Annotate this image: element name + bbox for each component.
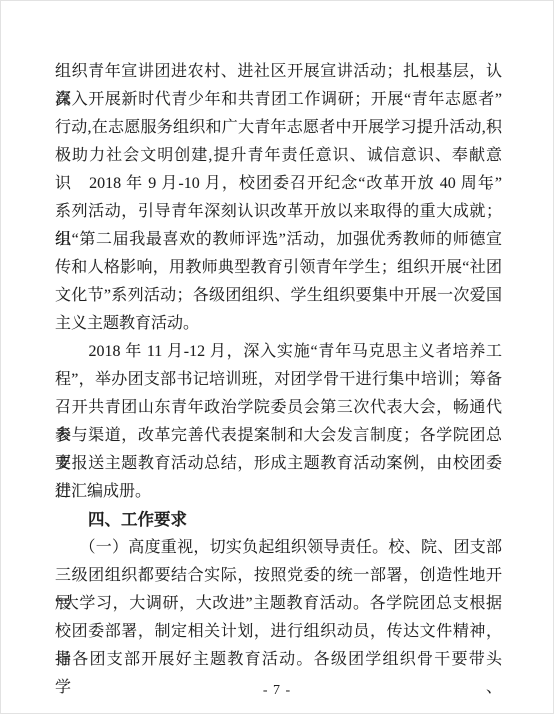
document-body: 组织青年宣讲团进农村、进社区开展宣讲活动；扎根基层，认真深入开展新时代青少年和共…	[55, 58, 502, 674]
text-line: 要报送主题教育活动总结，形成主题教育活动案例，由校团委进	[55, 450, 502, 478]
text-line: 组织青年宣讲团进农村、进社区开展宣讲活动；扎根基层，认真	[55, 58, 502, 86]
document-page: 组织青年宣讲团进农村、进社区开展宣讲活动；扎根基层，认真深入开展新时代青少年和共…	[0, 0, 554, 714]
text-line: 行动,在志愿服务组织和广大青年志愿者中开展学习提升活动,积	[55, 114, 502, 142]
text-line: 2018 年 11 月-12 月，深入实施“青年马克思主义者培养工	[55, 338, 502, 366]
text-line: 召开共青团山东青年政治学院委员会第三次代表大会，畅通代表	[55, 394, 502, 422]
text-line: 三级团组织都要结合实际，按照党委的统一部署，创造性地开展	[55, 562, 502, 590]
text-line: 行汇编成册。	[55, 478, 502, 506]
page-number: - 7 -	[1, 677, 553, 705]
text-line: 程”，举办团支部书记培训班，对团学骨干进行集中培训；筹备	[55, 366, 502, 394]
text-line: 主义主题教育活动。	[55, 310, 502, 338]
text-line: 传和人格影响，用教师典型教育引领青年学生；组织开展“社团	[55, 254, 502, 282]
text-line: 文化节”系列活动；各级团组织、学生组织要集中开展一次爱国	[55, 282, 502, 310]
text-line: 深入开展新时代青少年和共青团工作调研；开展“青年志愿者”	[55, 86, 502, 114]
text-line: 校团委部署，制定相关计划，进行组织动员，传达文件精神，指	[55, 618, 502, 646]
text-line: 系列活动，引导青年深刻认识改革开放以来取得的重大成就；组	[55, 198, 502, 226]
text-line: 参与渠道，改革完善代表提案制和大会发言制度；各学院团总支	[55, 422, 502, 450]
text-line: 极助力社会文明创建,提升青年责任意识、诚信意识、奉献意识。	[55, 142, 502, 170]
text-line: 2018 年 9 月-10 月，校团委召开纪念“改革开放 40 周年”	[55, 170, 502, 198]
text-line: “大学习，大调研，大改进”主题教育活动。各学院团总支根据	[55, 590, 502, 618]
section-heading: 四、工作要求	[55, 506, 502, 534]
text-line: （一）高度重视，切实负起组织领导责任。校、院、团支部	[55, 534, 502, 562]
text-line: 导各团支部开展好主题教育活动。各级团学组织骨干要带头学、	[55, 646, 502, 674]
text-line: 织“第二届我最喜欢的教师评选”活动，加强优秀教师的师德宣	[55, 226, 502, 254]
